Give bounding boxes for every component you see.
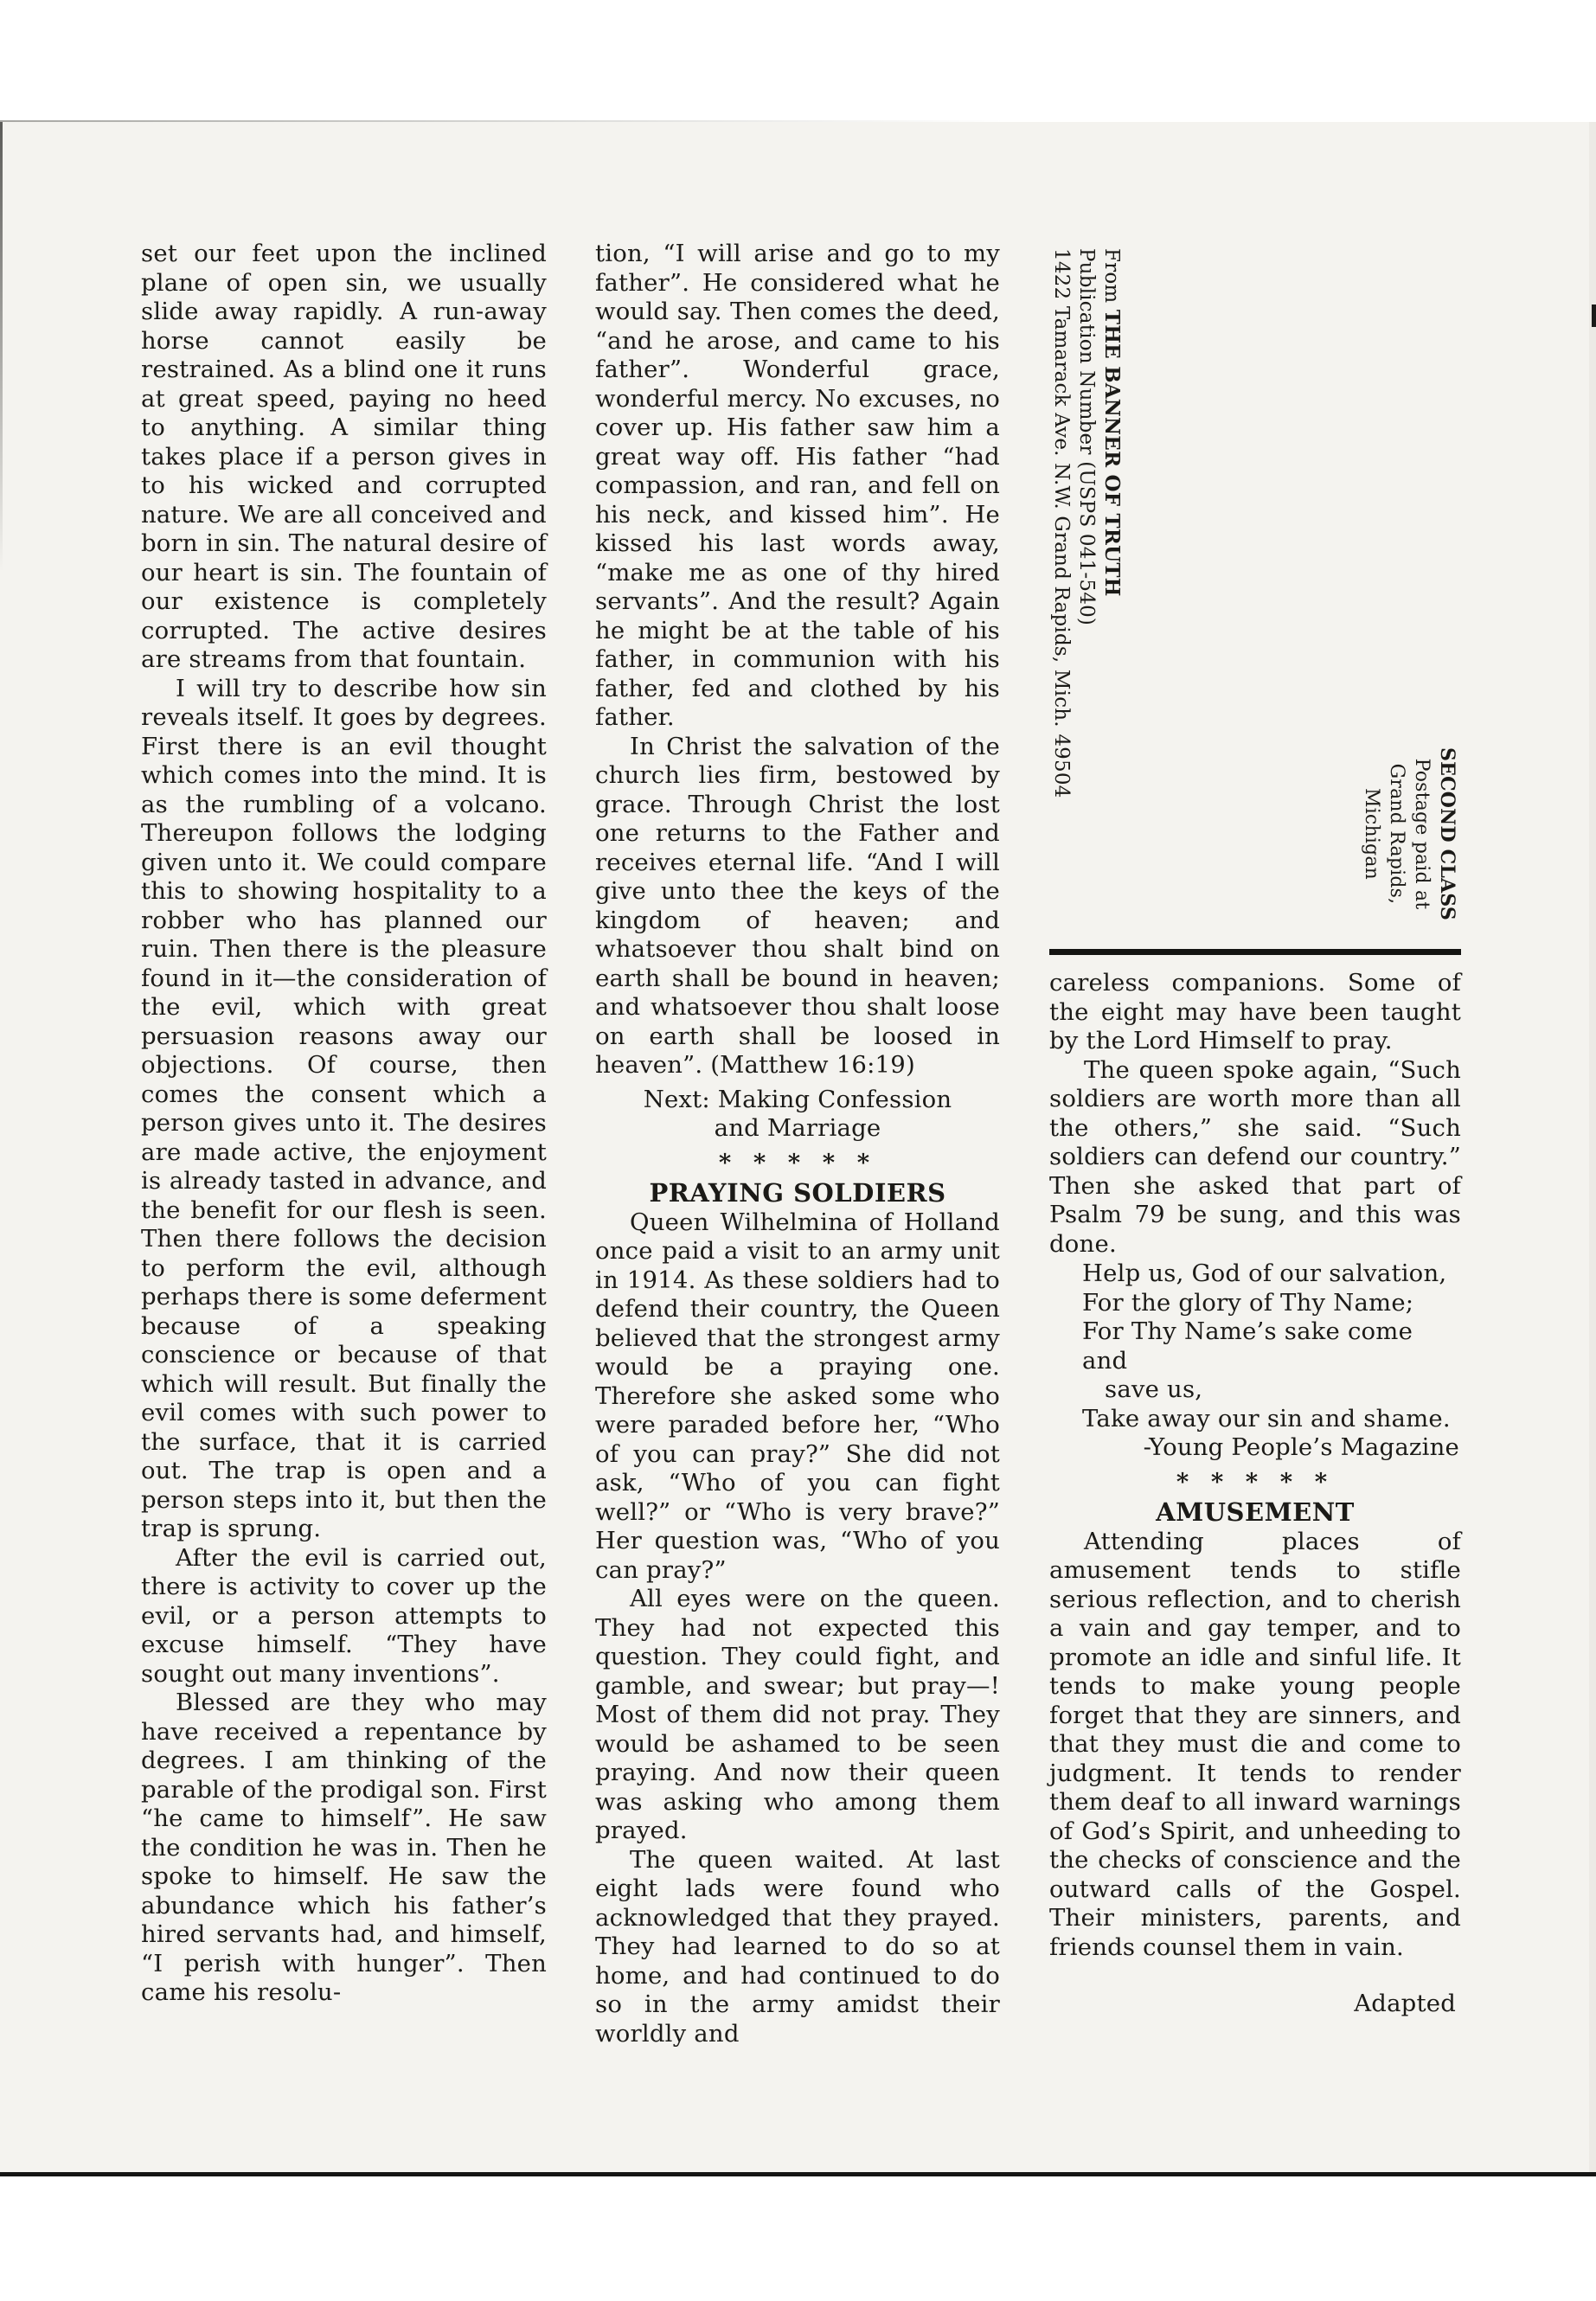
star-separator: * * * * *	[595, 1149, 1000, 1178]
next-issue-line: Next: Making Confession	[595, 1086, 1000, 1115]
star-separator: * * * * *	[1049, 1468, 1461, 1497]
page-bottom-edge	[0, 2172, 1596, 2176]
adapted-byline: Adapted	[1049, 1990, 1461, 2019]
right-text-column: From THE BANNER OF TRUTH Publication Num…	[1049, 0, 1461, 2163]
paragraph: tion, “I will arise and go to my father”…	[595, 240, 1000, 733]
mailing-street-address: 1422 Tamarack Ave. N.W. Grand Rapids, Mi…	[1048, 248, 1074, 802]
poem-line: Help us, God of our salvation,	[1049, 1259, 1461, 1289]
section-heading-amusement: AMUSEMENT	[1049, 1498, 1461, 1528]
poem-line: Take away our sin and shame.	[1049, 1405, 1461, 1434]
paragraph: In Christ the salvation of the church li…	[595, 733, 1000, 1080]
left-text-column: set our feet upon the inclined plane of …	[141, 240, 547, 2008]
postage-class-block: SECOND CLASS Postage paid at Grand Rapid…	[1359, 722, 1459, 945]
paragraph: set our feet upon the inclined plane of …	[141, 240, 547, 675]
right-column-body: careless companions. Some of the eight m…	[1049, 969, 1461, 2019]
scan-right-edge-artifact	[1589, 122, 1596, 2174]
mailing-from-prefix: From	[1100, 248, 1123, 310]
paragraph: After the evil is carried out, there is …	[141, 1544, 547, 1689]
scan-left-edge-artifact	[0, 122, 3, 572]
publication-title: THE BANNER OF TRUTH	[1100, 310, 1124, 597]
paragraph: The queen waited. At last eight lads wer…	[595, 1846, 1000, 2049]
publication-number: Publication Number (USPS 041-540)	[1074, 248, 1099, 802]
psalm-poem: Help us, God of our salvation, For the g…	[1049, 1259, 1461, 1463]
postage-class-line: SECOND CLASS	[1434, 722, 1459, 945]
paragraph: Queen Wilhelmina of Holland once paid a …	[595, 1208, 1000, 1586]
postage-paid-line: Postage paid at	[1409, 722, 1434, 945]
paragraph: careless companions. Some of the eight m…	[1049, 969, 1461, 1056]
postage-city-line: Grand Rapids, Michigan	[1359, 722, 1409, 945]
paragraph: I will try to describe how sin reveals i…	[141, 675, 547, 1544]
paragraph: Blessed are they who may have received a…	[141, 1689, 547, 2008]
middle-text-column: tion, “I will arise and go to my father”…	[595, 240, 1000, 2048]
poem-line: For the glory of Thy Name;	[1049, 1289, 1461, 1318]
paragraph: The queen spoke again, “Such soldiers ar…	[1049, 1056, 1461, 1259]
section-heading-praying-soldiers: PRAYING SOLDIERS	[595, 1179, 1000, 1208]
next-issue-notice: Next: Making Confession and Marriage	[595, 1086, 1000, 1144]
mailing-address-block: From THE BANNER OF TRUTH Publication Num…	[1048, 248, 1125, 802]
paragraph: Attending places of amusement tends to s…	[1049, 1528, 1461, 1963]
paragraph: All eyes were on the queen. They had not…	[595, 1585, 1000, 1846]
next-issue-line: and Marriage	[595, 1114, 1000, 1144]
poem-line: For Thy Name’s sake come and	[1049, 1317, 1461, 1375]
column-divider-rule	[1049, 949, 1461, 955]
poem-line-continuation: save us,	[1049, 1375, 1461, 1405]
mailing-from-line: From THE BANNER OF TRUTH	[1099, 248, 1125, 802]
page-top-edge-artifact	[0, 120, 1003, 122]
scan-right-edge-mark	[1592, 304, 1596, 327]
poem-attribution: -Young People’s Magazine	[1049, 1433, 1461, 1463]
